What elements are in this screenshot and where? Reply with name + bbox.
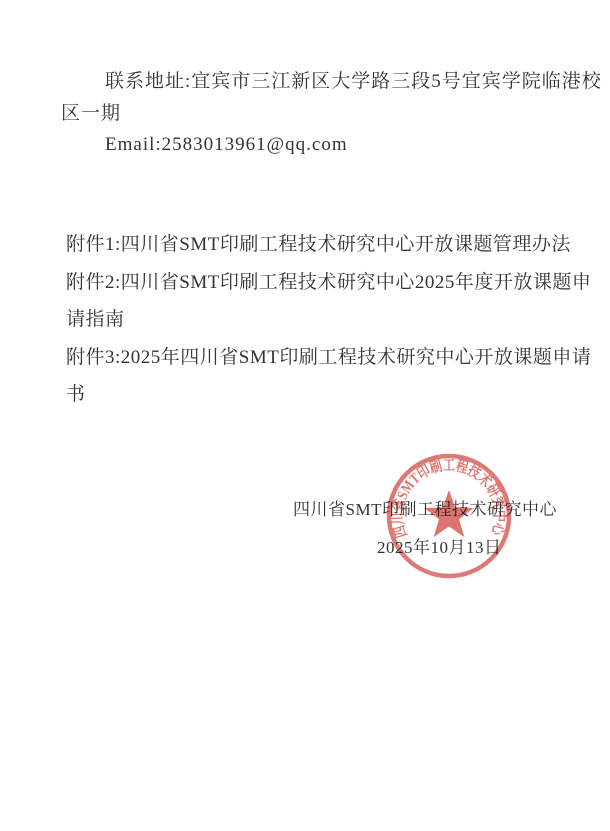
- attachment-2-line-2: 请指南: [66, 301, 591, 339]
- signature-date: 2025年10月13日: [377, 537, 557, 559]
- contact-address-line-1: 联系地址:宜宾市三江新区大学路三段5号宜宾学院临港校: [61, 66, 602, 98]
- contact-address-line-2: 区一期: [61, 98, 602, 130]
- contact-email-line: Email:2583013961@qq.com: [61, 129, 602, 161]
- document-page: 联系地址:宜宾市三江新区大学路三段5号宜宾学院临港校 区一期 Email:258…: [0, 0, 610, 831]
- attachment-1-line: 附件1:四川省SMT印刷工程技术研究中心开放课题管理办法: [66, 226, 591, 264]
- contact-block: 联系地址:宜宾市三江新区大学路三段5号宜宾学院临港校 区一期 Email:258…: [61, 66, 602, 161]
- attachment-2-line-1: 附件2:四川省SMT印刷工程技术研究中心2025年度开放课题申: [66, 264, 591, 302]
- attachment-3-line-1: 附件3:2025年四川省SMT印刷工程技术研究中心开放课题申请: [66, 339, 591, 377]
- attachments-list: 附件1:四川省SMT印刷工程技术研究中心开放课题管理办法 附件2:四川省SMT印…: [66, 226, 591, 414]
- attachment-3-line-2: 书: [66, 376, 591, 414]
- signature-block: 四川省SMT印刷工程技术研究中心 2025年10月13日: [293, 499, 557, 559]
- signature-organization: 四川省SMT印刷工程技术研究中心: [293, 499, 557, 521]
